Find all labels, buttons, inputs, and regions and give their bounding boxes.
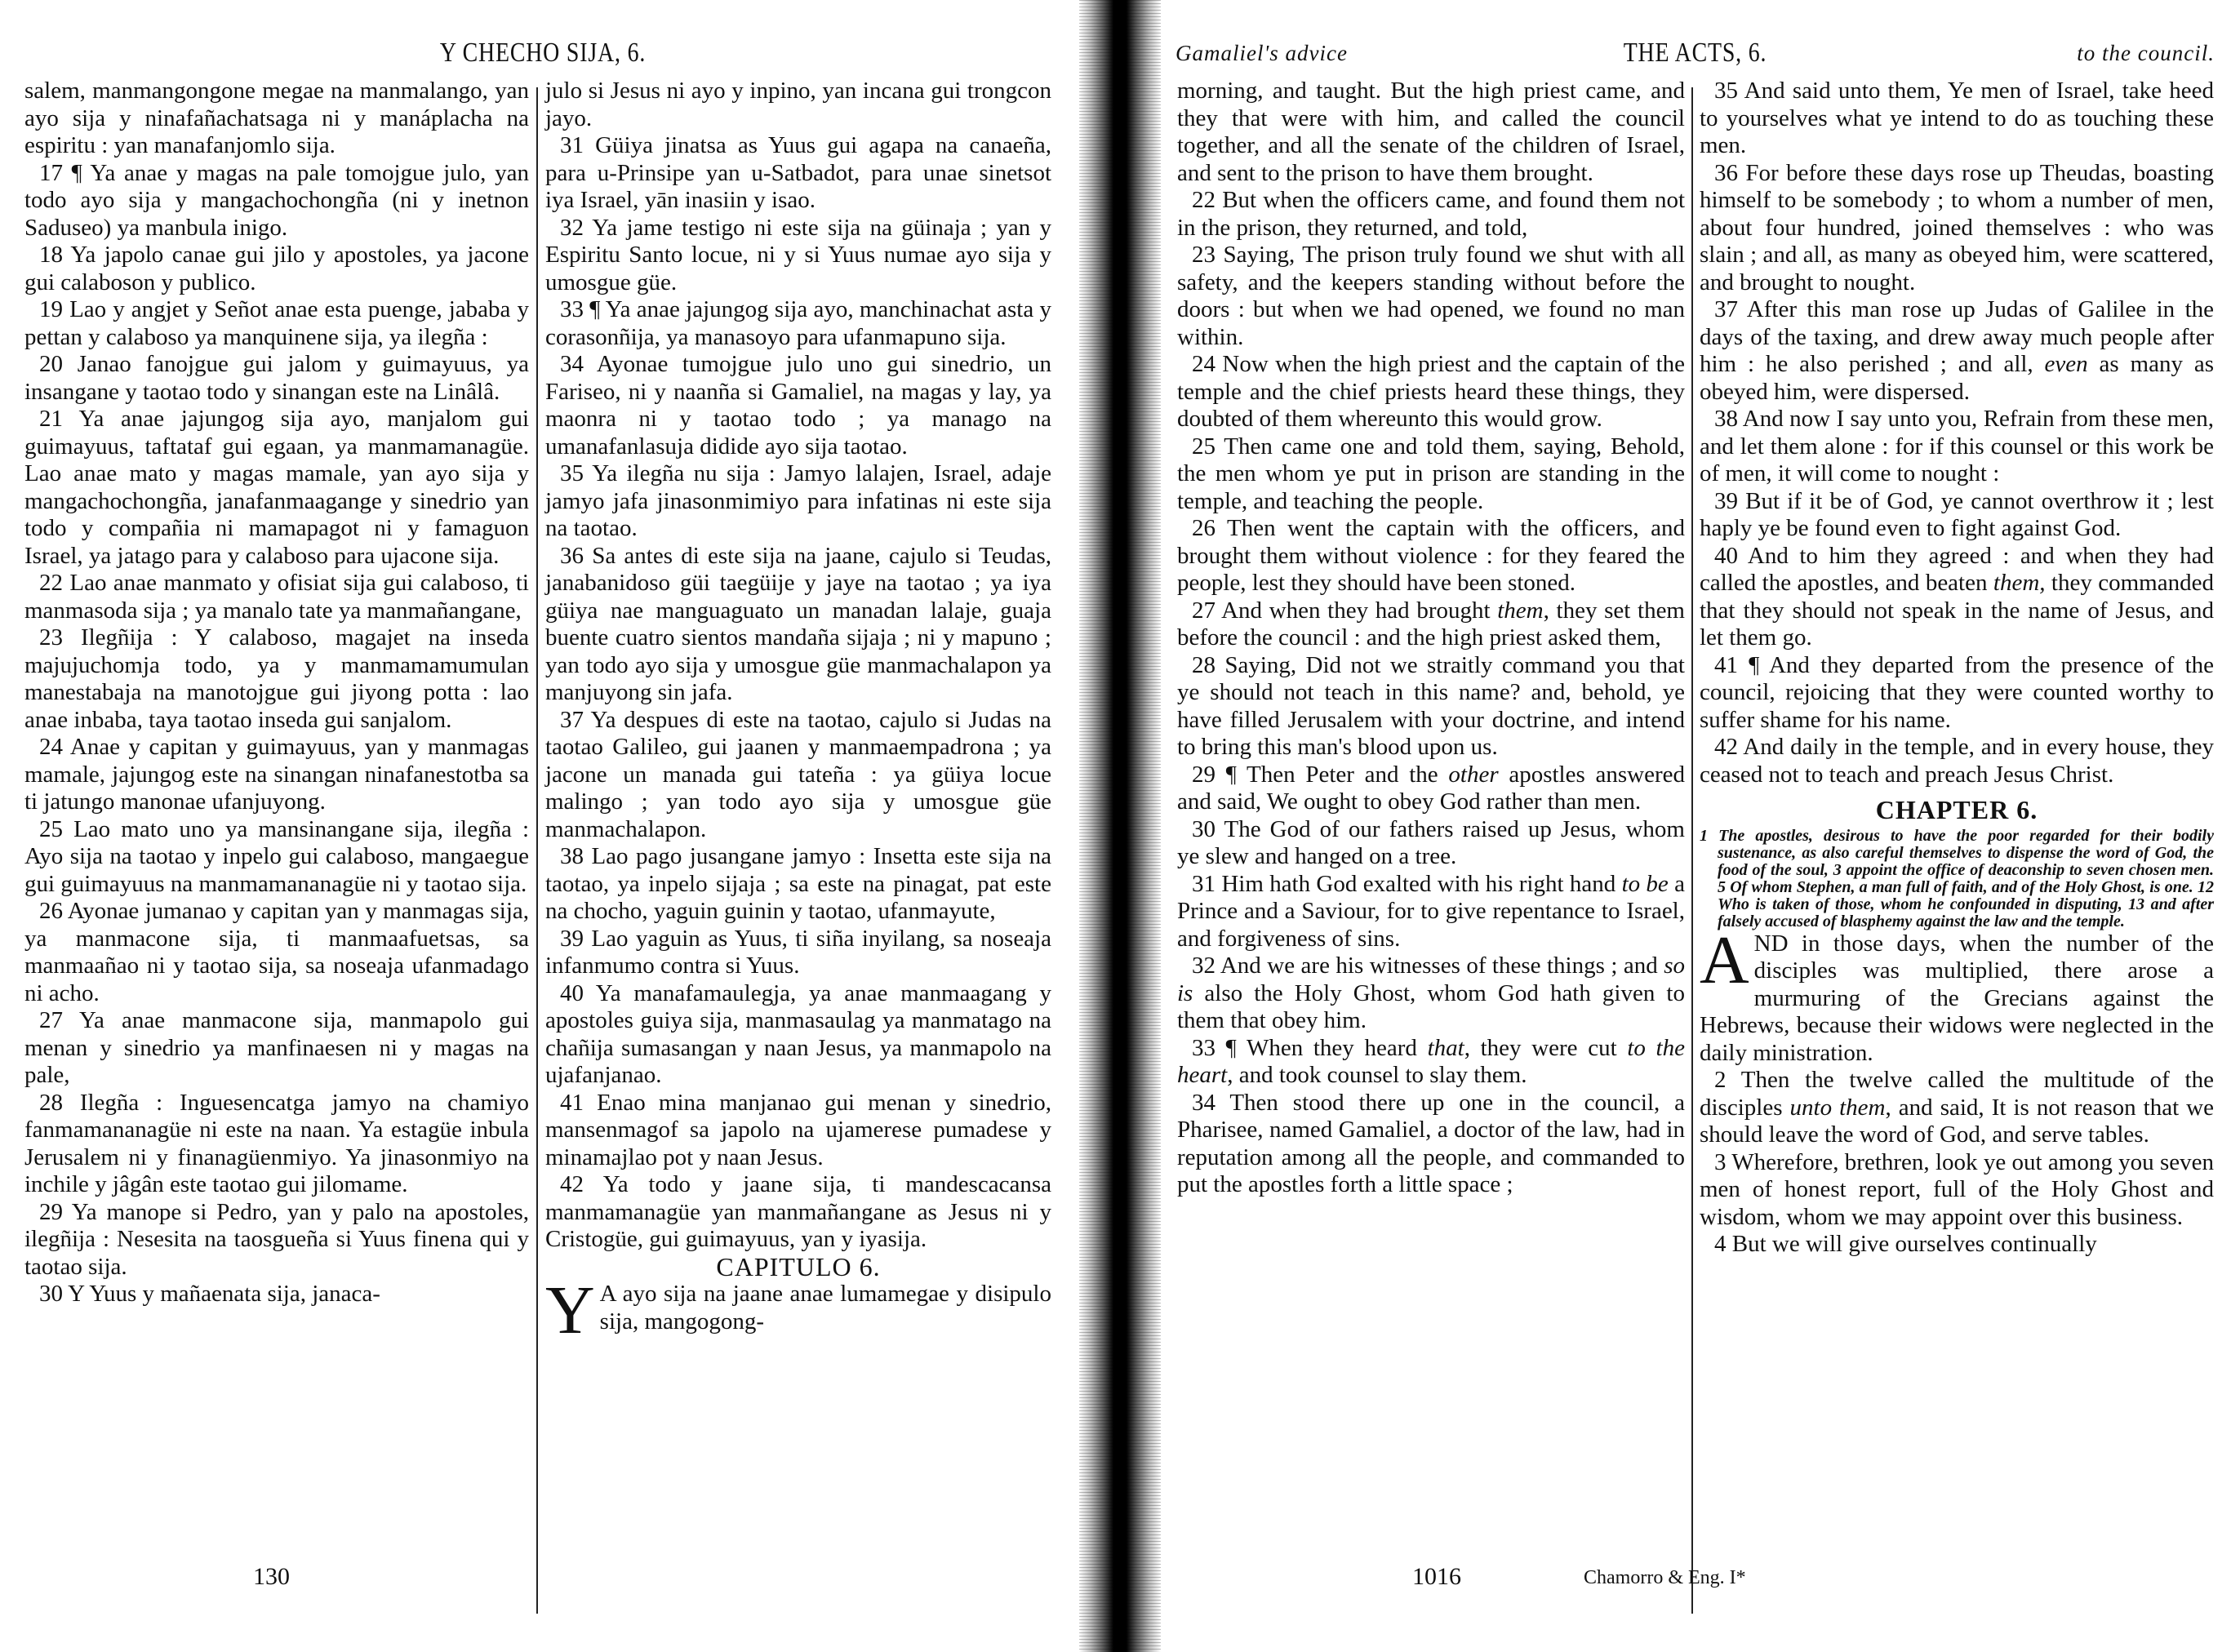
- running-head-right-page: THE ACTS, 6.: [1255, 33, 2135, 73]
- verse: 40 And to him they agreed : and when the…: [1700, 543, 2214, 652]
- left-page-chamorro: Y CHECHO SIJA, 6. salem, manmangongone m…: [0, 0, 1086, 1652]
- page-number-right: 1016: [1412, 1563, 1461, 1591]
- verse: 3 Wherefore, brethren, look ye out among…: [1700, 1149, 2214, 1232]
- running-head-right-catchword: to the council.: [2077, 33, 2215, 73]
- column-rule: [536, 87, 538, 1614]
- verse: 31 Güiya jinatsa as Yuus gui agapa na ca…: [545, 132, 1051, 215]
- verse: 35 And said unto them, Ye men of Israel,…: [1700, 78, 2214, 160]
- drop-cap: Y: [545, 1284, 595, 1338]
- verse: 37 After this man rose up Judas of Galil…: [1700, 296, 2214, 406]
- verse: 19 Lao y angjet y Señot anae esta puenge…: [24, 296, 529, 351]
- verse: 21 Ya anae jajungog sija ayo, manjalom g…: [24, 406, 529, 570]
- chapter-heading-capitulo: CAPITULO 6.: [545, 1254, 1051, 1281]
- right-page-english: Gamaliel's advice THE ACTS, 6. to the co…: [1159, 0, 2231, 1652]
- verse: 28 Saying, Did not we straitly command y…: [1177, 652, 1685, 762]
- chapter-first-verse-text: ND in those days, when the number of the…: [1700, 930, 2214, 1066]
- verse: 34 Ayonae tumojgue julo uno gui sinedrio…: [545, 351, 1051, 460]
- verse: 41 ¶ And they departed from the presence…: [1700, 652, 2214, 735]
- verse: 24 Anae y capitan y guimayuus, yan y man…: [24, 734, 529, 816]
- left-column-2-verses: julo si Jesus ni ayo y inpino, yan incan…: [545, 78, 1051, 1254]
- verse: 32 Ya jame testigo ni este sija na güina…: [545, 215, 1051, 297]
- verse: 17 ¶ Ya anae y magas na pale tomojgue ju…: [24, 160, 529, 242]
- verse: 42 And daily in the temple, and in every…: [1700, 734, 2214, 788]
- verse: 33 ¶ Ya anae jajungog sija ayo, manchina…: [545, 296, 1051, 351]
- left-page-column-2: julo si Jesus ni ayo y inpino, yan incan…: [545, 78, 1051, 1338]
- chapter-first-verse: AND in those days, when the number of th…: [1700, 930, 2214, 1068]
- chapter-verses: 2 Then the twelve called the multitude o…: [1700, 1067, 2214, 1259]
- verse: 27 Ya anae manmacone sija, manmapolo gui…: [24, 1007, 529, 1090]
- verse: 25 Lao mato uno ya mansinangane sija, il…: [24, 816, 529, 899]
- verse: 33 ¶ When they heard that, they were cut…: [1177, 1035, 1685, 1090]
- verse: 29 Ya manope si Pedro, yan y palo na apo…: [24, 1199, 529, 1281]
- verse: 30 Y Yuus y mañaenata sija, janaca-: [24, 1281, 529, 1308]
- book-binding-gutter: [1079, 0, 1161, 1652]
- verse: 42 Ya todo y jaane sija, ti mandescacans…: [545, 1171, 1051, 1254]
- left-page-column-1: salem, manmangongone megae na manmalango…: [24, 78, 529, 1308]
- verse: 22 Lao anae manmato y ofisiat sija gui c…: [24, 570, 529, 624]
- verse: 30 The God of our fathers raised up Jesu…: [1177, 816, 1685, 871]
- verse: 31 Him hath God exalted with his right h…: [1177, 871, 1685, 953]
- verse: 18 Ya japolo canae gui jilo y apostoles,…: [24, 242, 529, 296]
- verse: 4 But we will give ourselves continually: [1700, 1231, 2214, 1259]
- verse: 29 ¶ Then Peter and the other apostles a…: [1177, 762, 1685, 816]
- verse: 25 Then came one and told them, saying, …: [1177, 433, 1685, 516]
- chapter-summary: 1 The apostles, desirous to have the poo…: [1700, 828, 2214, 930]
- verse: 26 Ayonae jumanao y capitan yan y manmag…: [24, 898, 529, 1007]
- verse: 23 Ilegñija : Y calaboso, magajet na ins…: [24, 624, 529, 734]
- verse: 22 But when the officers came, and found…: [1177, 187, 1685, 242]
- verse: 23 Saying, The prison truly found we shu…: [1177, 242, 1685, 351]
- running-head-left-page: Y CHECHO SIJA, 6.: [98, 33, 989, 73]
- printer-signature: Chamorro & Eng. I*: [1584, 1567, 1746, 1589]
- verse: julo si Jesus ni ayo y inpino, yan incan…: [545, 78, 1051, 132]
- verse: 34 Then stood there up one in the counci…: [1177, 1090, 1685, 1199]
- right-column-2-verses: 35 And said unto them, Ye men of Israel,…: [1700, 78, 2214, 788]
- chapter-heading: CHAPTER 6.: [1700, 797, 2214, 824]
- page-number-left: 130: [253, 1563, 290, 1591]
- chapter-opening-verse: YA ayo sija na jaane anae lumamegae y di…: [545, 1281, 1051, 1335]
- verse: 24 Now when the high priest and the capt…: [1177, 351, 1685, 433]
- column-rule: [1691, 87, 1693, 1614]
- verse: 35 Ya ilegña nu sija : Jamyo lalajen, Is…: [545, 460, 1051, 543]
- verse: 28 Ilegña : Inguesencatga jamyo na chami…: [24, 1090, 529, 1199]
- verse: 32 And we are his witnesses of these thi…: [1177, 953, 1685, 1035]
- drop-cap: A: [1700, 934, 1749, 988]
- verse: 20 Janao fanojgue gui jalom y guimayuus,…: [24, 351, 529, 406]
- verse: 37 Ya despues di este na taotao, cajulo …: [545, 707, 1051, 844]
- verse: 2 Then the twelve called the multitude o…: [1700, 1067, 2214, 1149]
- verse: morning, and taught. But the high priest…: [1177, 78, 1685, 187]
- verse: 39 But if it be of God, ye cannot overth…: [1700, 488, 2214, 543]
- chapter-opening-text: A ayo sija na jaane anae lumamegae y dis…: [600, 1281, 1051, 1334]
- verse: 41 Enao mina manjanao gui menan y sinedr…: [545, 1090, 1051, 1172]
- verse: 36 For before these days rose up Theudas…: [1700, 160, 2214, 297]
- verse: salem, manmangongone megae na manmalango…: [24, 78, 529, 160]
- verse: 26 Then went the captain with the office…: [1177, 515, 1685, 597]
- verse: 38 And now I say unto you, Refrain from …: [1700, 406, 2214, 488]
- verse: 40 Ya manafamaulegja, ya anae manmaagang…: [545, 980, 1051, 1090]
- verse: 38 Lao pago jusangane jamyo : Insetta es…: [545, 843, 1051, 926]
- left-page-columns: salem, manmangongone megae na manmalango…: [0, 78, 1086, 1612]
- verse: 36 Sa antes di este sija na jaane, cajul…: [545, 543, 1051, 707]
- right-page-column-1: morning, and taught. But the high priest…: [1177, 78, 1685, 1199]
- verse: 39 Lao yaguin as Yuus, ti siña inyilang,…: [545, 926, 1051, 980]
- right-page-columns: morning, and taught. But the high priest…: [1159, 78, 2231, 1612]
- verse: 27 And when they had brought them, they …: [1177, 597, 1685, 652]
- right-page-column-2: 35 And said unto them, Ye men of Israel,…: [1700, 78, 2214, 1259]
